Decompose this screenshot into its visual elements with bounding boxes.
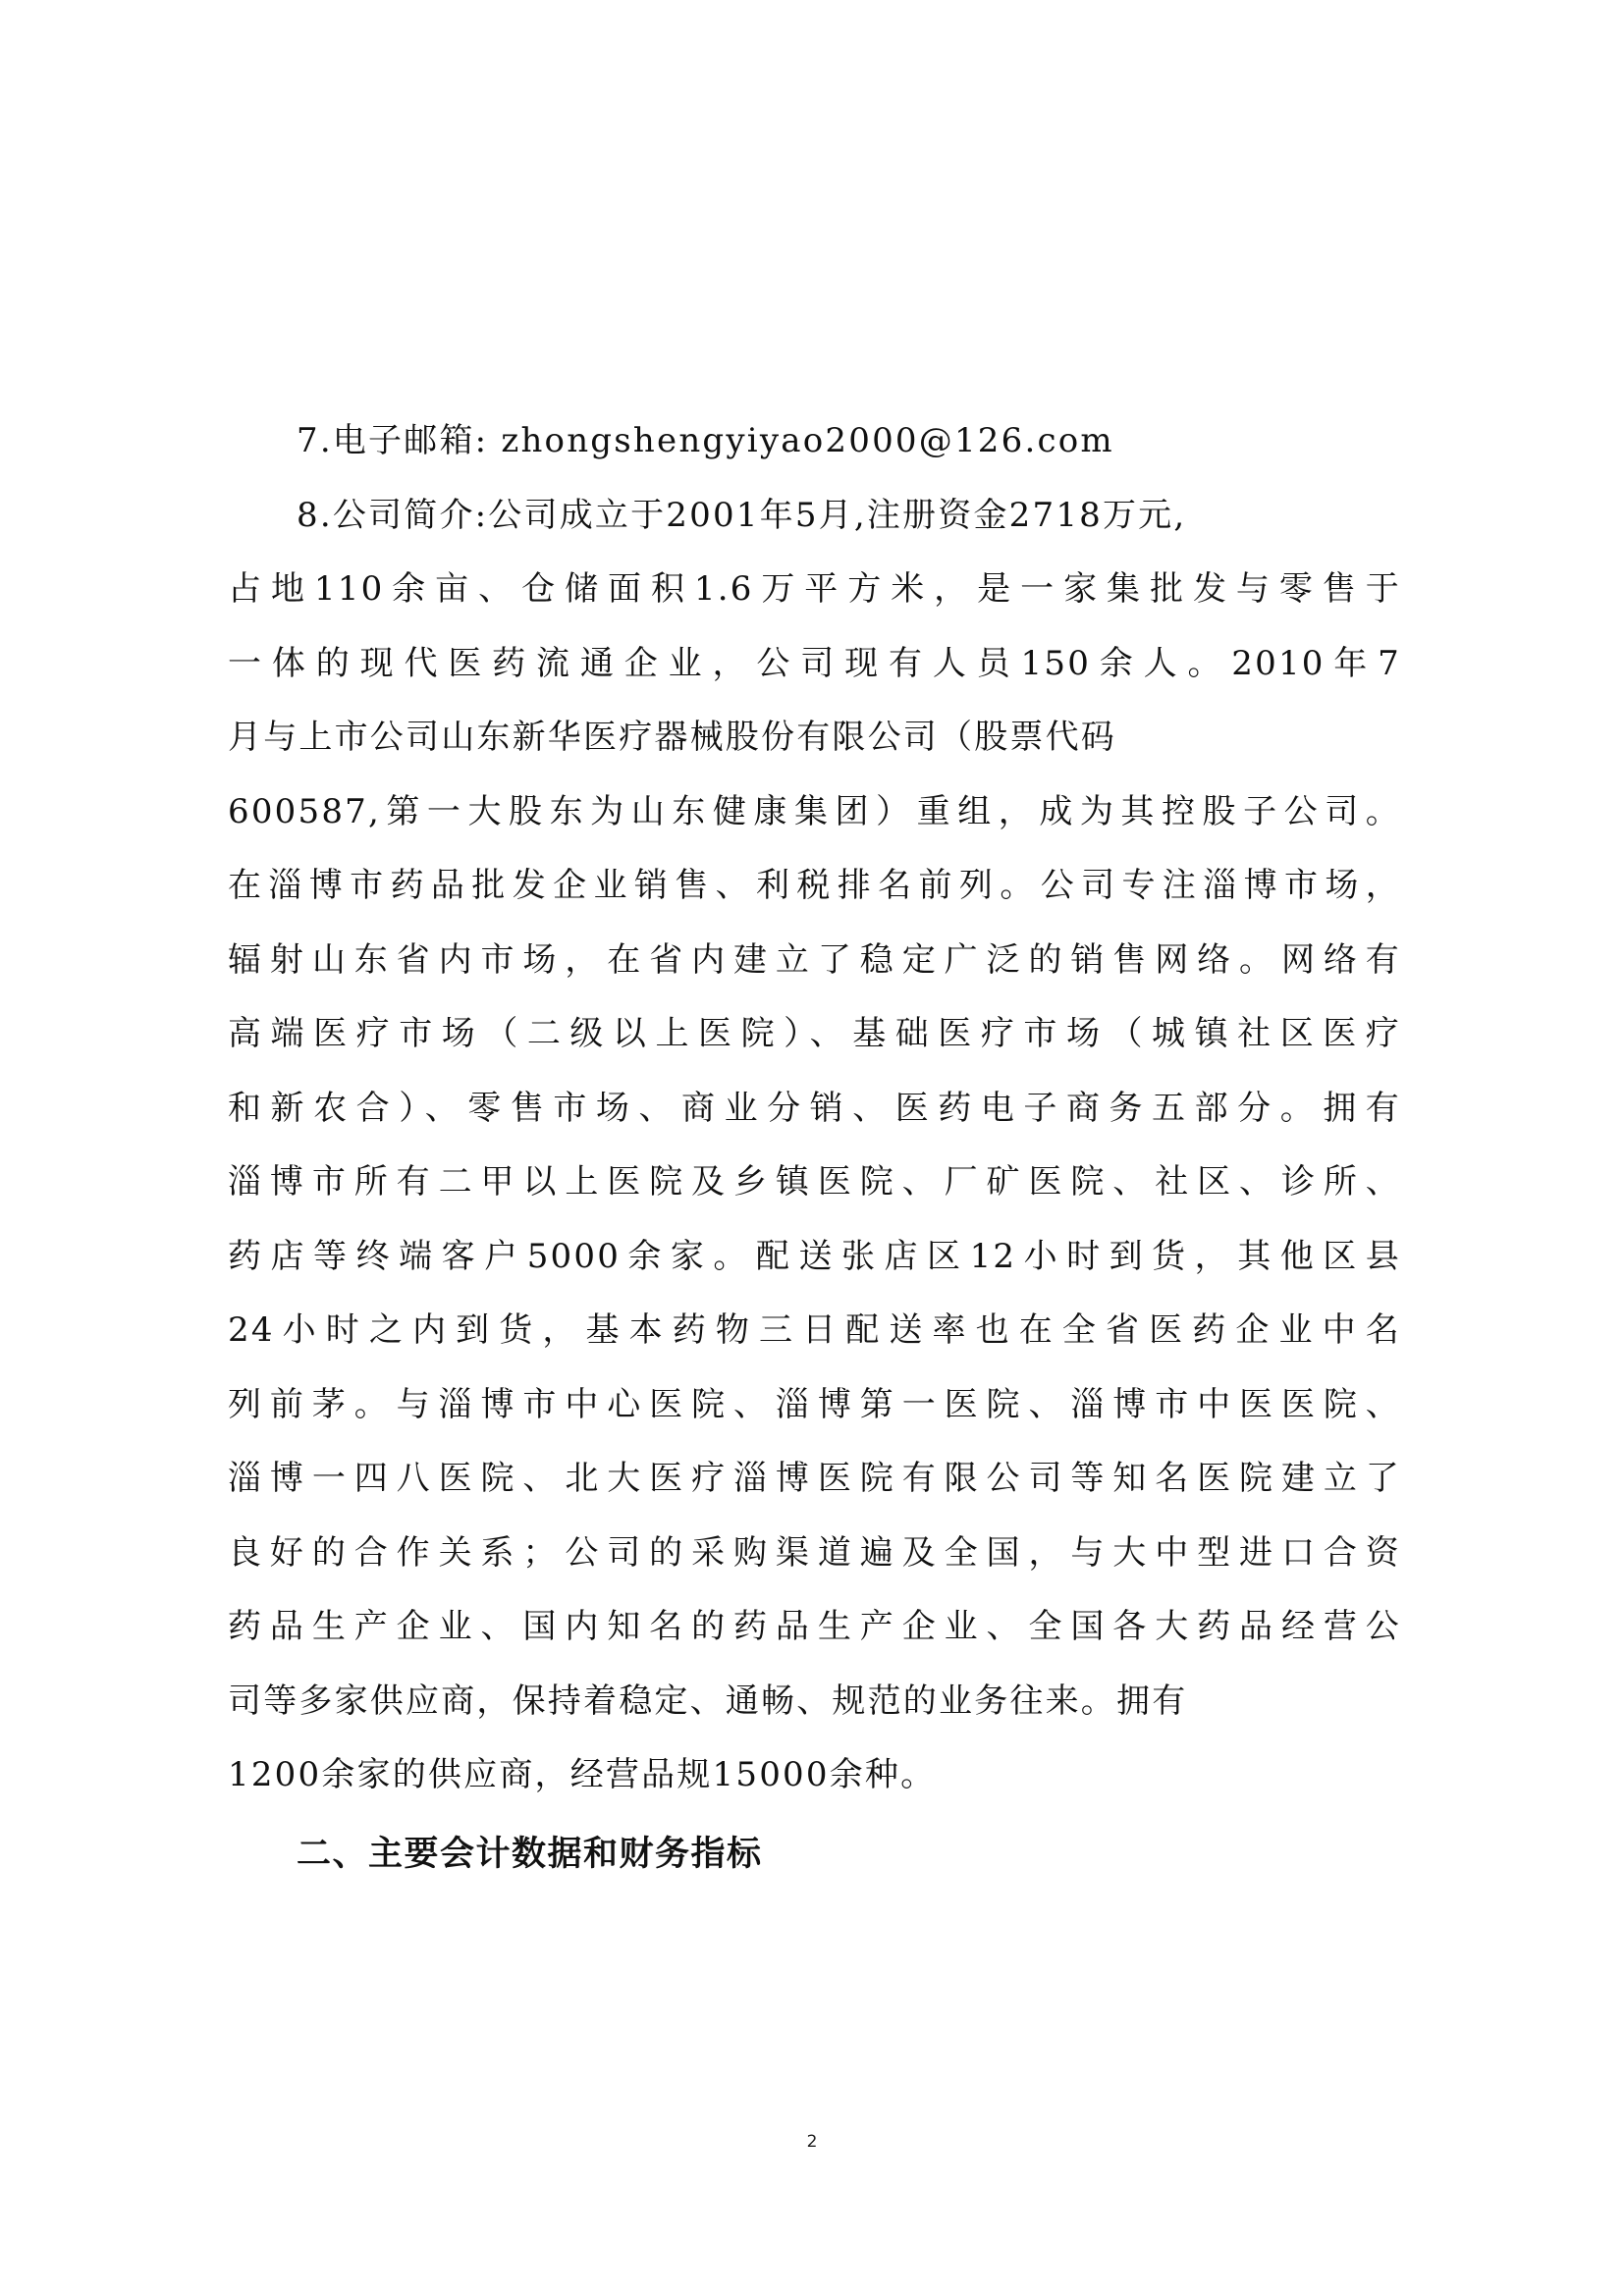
profile-line-15: 良好的合作关系；公司的采购渠道遍及全国，与大中型进口合资 <box>228 1517 1401 1591</box>
profile-line-1: 8.公司简介:公司成立于2001年5月,注册资金2718万元, <box>228 479 1401 554</box>
profile-line-12: 24小时之内到货，基本药物三日配送率也在全省医药企业中名 <box>228 1294 1401 1368</box>
profile-line-14: 淄博一四八医院、北大医疗淄博医院有限公司等知名医院建立了 <box>228 1442 1401 1517</box>
email-value: zhongshengyiyao2000@126.com <box>501 421 1113 460</box>
profile-line-8: 高端医疗市场（二级以上医院）、基础医疗市场（城镇社区医疗 <box>228 997 1401 1072</box>
profile-line-16: 药品生产企业、国内知名的药品生产企业、全国各大药品经营公 <box>228 1590 1401 1665</box>
profile-line-13: 列前茅。与淄博市中心医院、淄博第一医院、淄博市中医医院、 <box>228 1368 1401 1443</box>
email-label: 电子邮箱: <box>333 421 488 460</box>
profile-line-7: 辐射山东省内市场，在省内建立了稳定广泛的销售网络。网络有 <box>228 924 1401 998</box>
profile-line-2: 占地110余亩、仓储面积1.6万平方米，是一家集批发与零售于 <box>228 553 1401 627</box>
email-item-number: 7. <box>297 421 333 460</box>
profile-line-11: 药店等终端客户5000余家。配送张店区12小时到货，其他区县 <box>228 1220 1401 1295</box>
profile-line-9: 和新农合）、零售市场、商业分销、医药电子商务五部分。拥有 <box>228 1072 1401 1147</box>
page-number: 2 <box>0 2132 1624 2152</box>
profile-line-10: 淄博市所有二甲以上医院及乡镇医院、厂矿医院、社区、诊所、 <box>228 1146 1401 1220</box>
profile-line-18: 1200余家的供应商，经营品规15000余种。 <box>228 1738 1401 1813</box>
profile-line-6: 在淄博市药品批发企业销售、利税排名前列。公司专注淄博市场， <box>228 849 1401 924</box>
email-line: 7.电子邮箱: zhongshengyiyao2000@126.com <box>228 404 1401 479</box>
document-page: 7.电子邮箱: zhongshengyiyao2000@126.com 8.公司… <box>0 0 1624 2296</box>
section-heading: 二、主要会计数据和财务指标 <box>228 1817 1401 1892</box>
profile-line-4: 月与上市公司山东新华医疗器械股份有限公司（股票代码 <box>228 701 1401 775</box>
profile-line-3: 一体的现代医药流通企业，公司现有人员150余人。2010年7 <box>228 627 1401 702</box>
page-content: 7.电子邮箱: zhongshengyiyao2000@126.com 8.公司… <box>228 404 1401 1892</box>
profile-line-5: 600587,第一大股东为山东健康集团）重组，成为其控股子公司。 <box>228 775 1401 850</box>
profile-line-17: 司等多家供应商，保持着稳定、通畅、规范的业务往来。拥有 <box>228 1665 1401 1739</box>
